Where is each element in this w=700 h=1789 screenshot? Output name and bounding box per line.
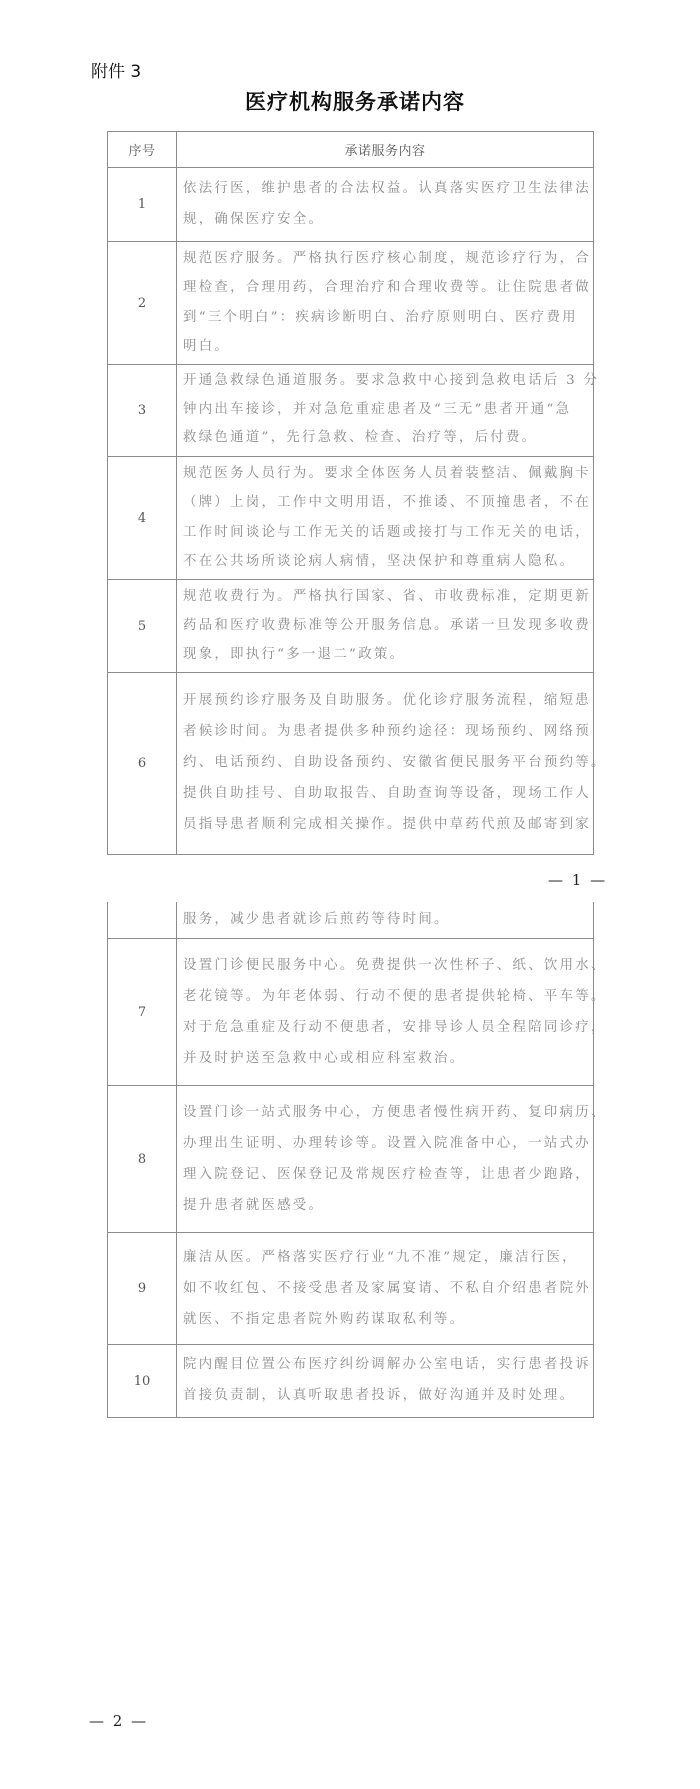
commitment-table-page1: 序号 承诺服务内容 1依法行医，维护患者的合法权益。认真落实医疗卫生法律法规，确… (107, 131, 594, 855)
commitment-text: 规范医务人员行为。要求全体医务人员着装整洁、佩戴胸卡（牌）上岗，工作中文明用语，… (177, 457, 597, 579)
text-line: 救绿色通道”，先行急救、检查、治疗等，后付费。 (183, 424, 599, 453)
table-row: 8设置门诊一站式服务中心，方便患者慢性病开药、复印病历、办理出生证明、办理转诊等… (108, 1086, 593, 1233)
page-number-2: — 2 — (89, 1712, 148, 1730)
page-number-1: — 1 — (548, 871, 607, 889)
text-line: 设置门诊便民服务中心。免费提供一次性杯子、纸、饮用水、 (183, 950, 607, 981)
text-line: （牌）上岗，工作中文明用语，不推诿、不顶撞患者，不在 (183, 488, 591, 517)
text-line: 廉洁从医。严格落实医疗行业“九不准”规定，廉洁行医， (183, 1242, 591, 1273)
table-header-row: 序号 承诺服务内容 (108, 132, 593, 168)
text-line: 明白。 (183, 332, 591, 361)
text-line: 提升患者就医感受。 (183, 1190, 607, 1221)
commitment-text: 开通急救绿色通道服务。要求急救中心接到急救电话后 3 分钟内出车接诊，并对急危重… (177, 365, 605, 456)
text-line: 就医、不指定患者院外购药谋取私利等。 (183, 1304, 591, 1335)
text-line: 规范医疗服务。严格执行医疗核心制度，规范诊疗行为，合 (183, 244, 591, 273)
text-line: 首接负责制，认真听取患者投诉，做好沟通并及时处理。 (183, 1380, 591, 1411)
row-number: 9 (108, 1233, 177, 1344)
table-row: 1依法行医，维护患者的合法权益。认真落实医疗卫生法律法规，确保医疗安全。 (108, 168, 593, 242)
table-row: 7设置门诊便民服务中心。免费提供一次性杯子、纸、饮用水、老花镜等。为年老体弱、行… (108, 939, 593, 1086)
text-line: 开展预约诊疗服务及自助服务。优化诊疗服务流程，缩短患 (183, 685, 607, 716)
row-number: 4 (108, 457, 177, 579)
text-line: 规范收费行为。严格执行国家、省、市收费标准，定期更新 (183, 582, 591, 611)
table-row: 6开展预约诊疗服务及自助服务。优化诊疗服务流程，缩短患者候诊时间。为患者提供多种… (108, 673, 593, 854)
text-line: 现象，即执行“多一退二”政策。 (183, 640, 591, 669)
text-line: 依法行医，维护患者的合法权益。认真落实医疗卫生法律法 (183, 173, 591, 204)
commitment-text: 开展预约诊疗服务及自助服务。优化诊疗服务流程，缩短患者候诊时间。为患者提供多种预… (177, 673, 613, 854)
table-row: 10院内醒目位置公布医疗纠纷调解办公室电话，实行患者投诉首接负责制，认真听取患者… (108, 1345, 593, 1417)
text-line: 服务，减少患者就诊后煎药等待时间。 (183, 904, 587, 935)
table-row: 2规范医疗服务。严格执行医疗核心制度，规范诊疗行为，合理检查，合理用药，合理治疗… (108, 242, 593, 365)
text-line: 如不收红包、不接受患者及家属宴请、不私自介绍患者院外 (183, 1273, 591, 1304)
row-number: 6 (108, 673, 177, 854)
text-line: 开通急救绿色通道服务。要求急救中心接到急救电话后 3 分 (183, 367, 599, 396)
commitment-text: 院内醒目位置公布医疗纠纷调解办公室电话，实行患者投诉首接负责制，认真听取患者投诉… (177, 1345, 597, 1417)
text-line: 设置门诊一站式服务中心，方便患者慢性病开药、复印病历、 (183, 1097, 607, 1128)
text-line: 约、电话预约、自助设备预约、安徽省便民服务平台预约等。 (183, 747, 607, 778)
row-number: 1 (108, 168, 177, 241)
row-number: 10 (108, 1345, 177, 1417)
text-line: 工作时间谈论与工作无关的话题或接打与工作无关的电话， (183, 518, 591, 547)
text-line: 不在公共场所谈论病人病情，坚决保护和尊重病人隐私。 (183, 547, 591, 576)
text-line: 理检查，合理用药，合理治疗和合理收费等。让住院患者做 (183, 273, 591, 302)
text-line: 钟内出车接诊，并对急危重症患者及“三无”患者开通“急 (183, 396, 599, 425)
text-line: 药品和医疗收费标准等公开服务信息。承诺一旦发现多收费 (183, 611, 591, 640)
text-line: 办理出生证明、办理转诊等。设置入院准备中心，一站式办 (183, 1128, 607, 1159)
commitment-text: 设置门诊便民服务中心。免费提供一次性杯子、纸、饮用水、老花镜等。为年老体弱、行动… (177, 939, 613, 1085)
commitment-text: 规范医疗服务。严格执行医疗核心制度，规范诊疗行为，合理检查，合理用药，合理治疗和… (177, 242, 597, 364)
text-line: 规，确保医疗安全。 (183, 204, 591, 235)
header-no: 序号 (108, 132, 177, 167)
commitment-text: 规范收费行为。严格执行国家、省、市收费标准，定期更新药品和医疗收费标准等公开服务… (177, 580, 597, 672)
commitment-text: 廉洁从医。严格落实医疗行业“九不准”规定，廉洁行医，如不收红包、不接受患者及家属… (177, 1233, 597, 1344)
row-number (108, 902, 177, 938)
commitment-text: 设置门诊一站式服务中心，方便患者慢性病开药、复印病历、办理出生证明、办理转诊等。… (177, 1086, 613, 1232)
table-row: 3开通急救绿色通道服务。要求急救中心接到急救电话后 3 分钟内出车接诊，并对急危… (108, 365, 593, 457)
row-number: 2 (108, 242, 177, 364)
header-content: 承诺服务内容 (177, 132, 593, 167)
text-line: 员指导患者顺利完成相关操作。提供中草药代煎及邮寄到家 (183, 809, 607, 840)
text-line: 规范医务人员行为。要求全体医务人员着装整洁、佩戴胸卡 (183, 459, 591, 488)
table-row: 5规范收费行为。严格执行国家、省、市收费标准，定期更新药品和医疗收费标准等公开服… (108, 580, 593, 673)
row-number: 8 (108, 1086, 177, 1232)
row-number: 7 (108, 939, 177, 1085)
text-line: 到“三个明白”：疾病诊断明白、治疗原则明白、医疗费用 (183, 303, 591, 332)
table-row: 9廉洁从医。严格落实医疗行业“九不准”规定，廉洁行医，如不收红包、不接受患者及家… (108, 1233, 593, 1345)
table-row: 4规范医务人员行为。要求全体医务人员着装整洁、佩戴胸卡（牌）上岗，工作中文明用语… (108, 457, 593, 580)
commitment-table-page2: 服务，减少患者就诊后煎药等待时间。 7设置门诊便民服务中心。免费提供一次性杯子、… (107, 902, 594, 1418)
commitment-text: 服务，减少患者就诊后煎药等待时间。 (177, 902, 593, 938)
attachment-label: 附件 3 (91, 57, 141, 82)
text-line: 理入院登记、医保登记及常规医疗检查等，让患者少跑路， (183, 1159, 607, 1190)
text-line: 院内醒目位置公布医疗纠纷调解办公室电话，实行患者投诉 (183, 1349, 591, 1380)
document-title: 医疗机构服务承诺内容 (0, 86, 700, 116)
text-line: 并及时护送至急救中心或相应科室救治。 (183, 1043, 607, 1074)
text-line: 老花镜等。为年老体弱、行动不便的患者提供轮椅、平车等。 (183, 981, 607, 1012)
table-row-continued: 服务，减少患者就诊后煎药等待时间。 (108, 902, 593, 939)
commitment-text: 依法行医，维护患者的合法权益。认真落实医疗卫生法律法规，确保医疗安全。 (177, 168, 597, 241)
text-line: 对于危急重症及行动不便患者，安排导诊人员全程陪同诊疗， (183, 1012, 607, 1043)
row-number: 5 (108, 580, 177, 672)
text-line: 提供自助挂号、自助取报告、自助查询等设备，现场工作人 (183, 778, 607, 809)
text-line: 者候诊时间。为患者提供多种预约途径：现场预约、网络预 (183, 716, 607, 747)
row-number: 3 (108, 365, 177, 456)
